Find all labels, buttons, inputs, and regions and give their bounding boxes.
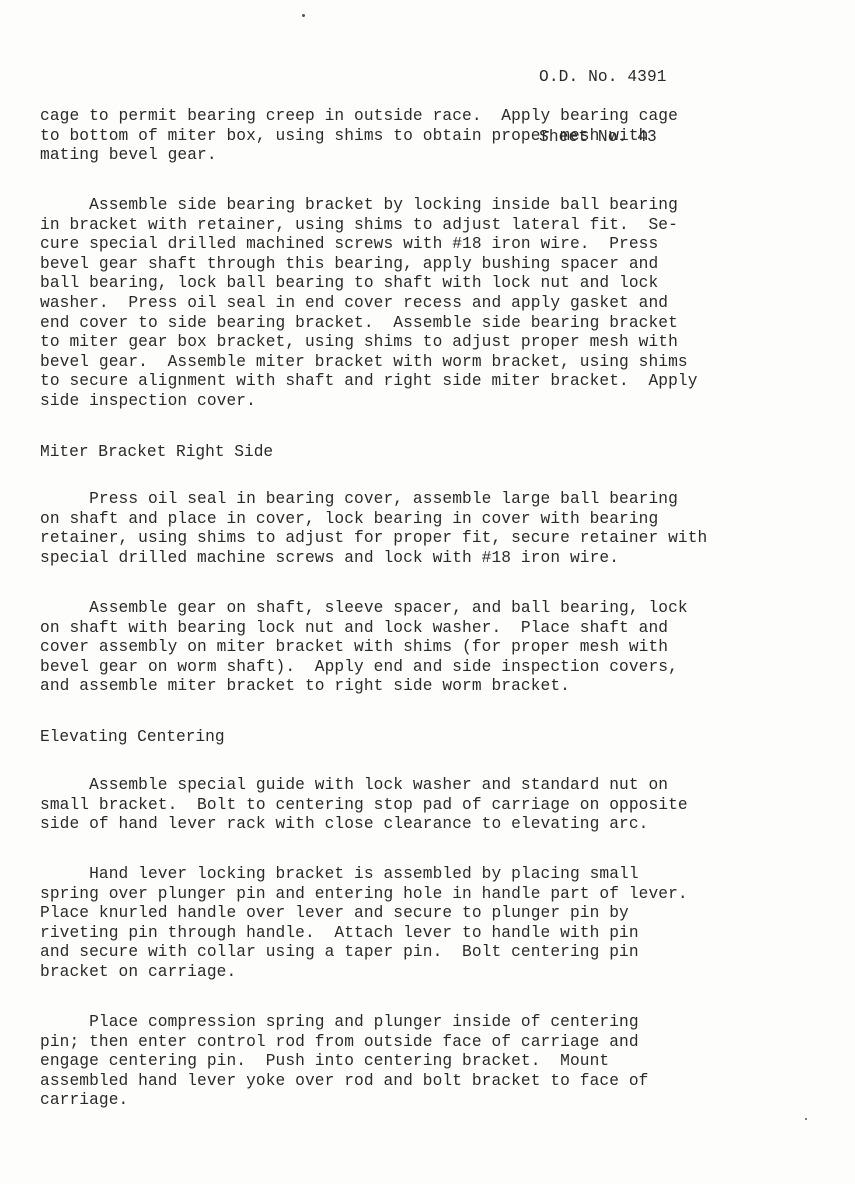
section-heading-elevating-centering: Elevating Centering: [40, 727, 225, 747]
paragraph-special-guide: Assemble special guide with lock washer …: [40, 776, 688, 835]
document-page: O.D. No. 4391 Sheet No. 43 cage to permi…: [0, 0, 855, 1184]
paragraph-oil-seal: Press oil seal in bearing cover, assembl…: [40, 490, 707, 568]
od-number: O.D. No. 4391: [539, 67, 667, 87]
section-heading-miter-bracket-right-side: Miter Bracket Right Side: [40, 442, 273, 462]
paper-speck: [302, 14, 305, 17]
paper-speck: [805, 1118, 807, 1120]
paragraph-compression-spring: Place compression spring and plunger ins…: [40, 1013, 648, 1111]
paragraph-side-bearing-bracket: Assemble side bearing bracket by locking…: [40, 196, 698, 412]
paragraph-bearing-cage: cage to permit bearing creep in outside …: [40, 107, 678, 166]
paragraph-assemble-gear: Assemble gear on shaft, sleeve spacer, a…: [40, 599, 688, 697]
paragraph-hand-lever-locking-bracket: Hand lever locking bracket is assembled …: [40, 865, 688, 983]
